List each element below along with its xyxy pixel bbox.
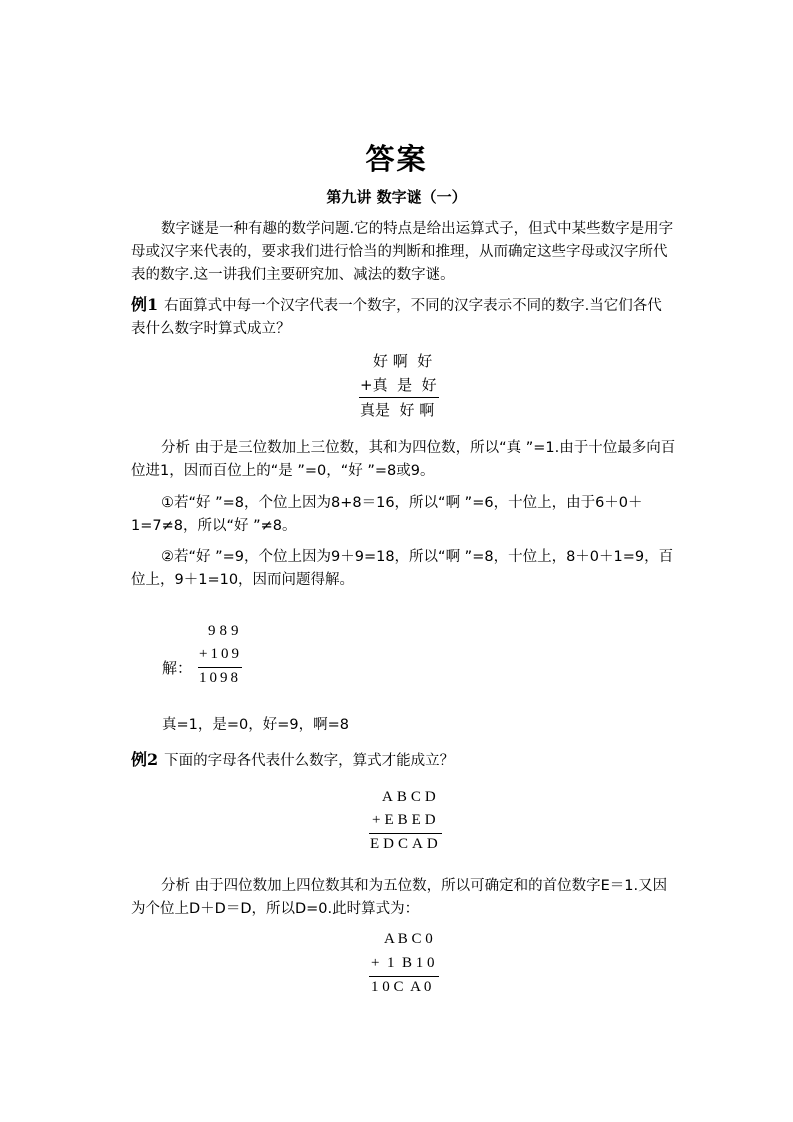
solution-row-1: 989 (208, 623, 243, 640)
sum-line (359, 397, 439, 398)
example1-question-text: 右面算式中每一个汉字代表一个数字，不同的汉字表示不同的数字.当它们各代表什么数字… (131, 298, 662, 337)
puzzle-row-1: 好 啊 好 (373, 350, 432, 371)
sum-line (369, 833, 442, 834)
example1-answer: 真=1，是=0，好=9，啊=8 (162, 713, 349, 734)
puzzle-row-2: +EBED (372, 812, 440, 829)
lecture-subtitle: 第九讲 数字谜（一） (0, 186, 793, 207)
intro-paragraph: 数字谜是一种有趣的数学问题.它的特点是给出运算式子，但式中某些数字是用字母或汉字… (131, 218, 676, 287)
example1-case1: ①若“好 ”=8，个位上因为8+8＝16，所以“啊 ”=6，十位上，由于6＋0＋… (131, 492, 676, 538)
example2-analysis: 分析 由于四位数加上四位数其和为五位数，所以可确定和的首位数字E＝1.又因为个位… (131, 875, 676, 921)
step-row-3: 1 0 C A 0 (371, 979, 431, 996)
puzzle-row-1: ABCD (382, 789, 440, 806)
puzzle-row-2: +真 是 好 (360, 374, 437, 395)
document-page: 答案 第九讲 数字谜（一） 数字谜是一种有趣的数学问题.它的特点是给出运算式子，… (0, 0, 793, 1122)
solution-label: 解： (162, 657, 192, 678)
sum-line (369, 976, 439, 977)
example1-analysis: 分析 由于是三位数加上三位数，其和为四位数，所以“真 ”=1.由于十位最多向百位… (131, 437, 676, 483)
puzzle-row-3: EDCAD (370, 836, 442, 853)
example1-case2: ②若“好 ”=9，个位上因为9＋9=18，所以“啊 ”=8，十位上，8＋0＋1=… (131, 546, 676, 592)
example1-question: 例1右面算式中每一个汉字代表一个数字，不同的汉字表示不同的数字.当它们各代表什么… (131, 293, 676, 341)
solution-row-3: 1098 (199, 670, 241, 687)
sum-line (198, 667, 242, 668)
step-row-2: + 1 B 1 0 (371, 955, 434, 972)
page-title: 答案 (0, 137, 793, 178)
solution-row-2: +109 (199, 646, 242, 663)
example2-question: 例2下面的字母各代表什么数字，算式才能成立？ (131, 748, 676, 773)
example2-question-text: 下面的字母各代表什么数字，算式才能成立？ (164, 753, 454, 769)
example2-label: 例2 (131, 750, 158, 769)
puzzle-row-3: 真是 好 啊 (360, 399, 434, 420)
step-row-1: A B C 0 (384, 931, 433, 948)
example1-label: 例1 (131, 295, 158, 314)
